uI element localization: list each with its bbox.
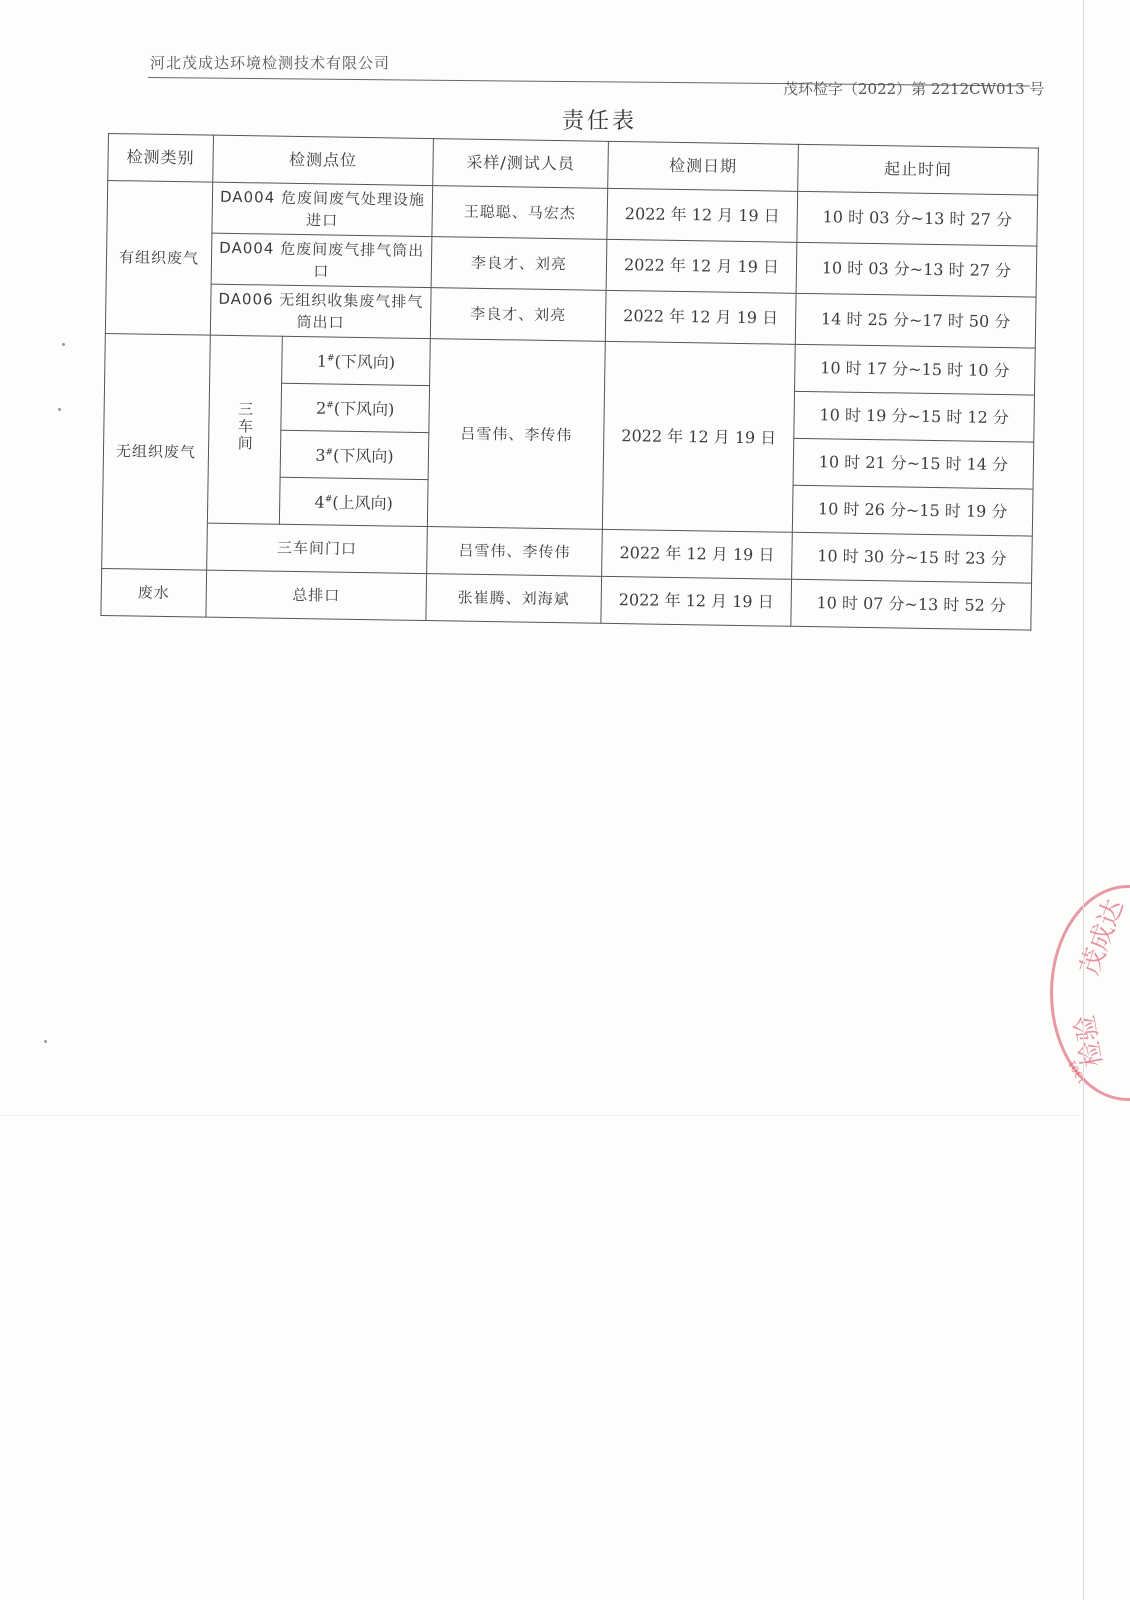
time-cell: 10 时 30 分~15 时 23 分	[792, 532, 1033, 583]
scan-artifact-line	[0, 1115, 1080, 1116]
date-cell: 2022 年 12 月 19 日	[605, 290, 796, 344]
location-cell: 总排口	[206, 570, 427, 620]
monitoring-point-cell: 1#(下风向)	[282, 336, 431, 385]
workshop-cell: 三车间	[207, 335, 282, 524]
personnel-cell: 吕雪伟、李传伟	[427, 527, 603, 577]
date-cell: 2022 年 12 月 19 日	[606, 239, 797, 293]
time-cell: 10 时 03 分~13 时 27 分	[796, 242, 1037, 297]
responsibility-table-container: 检测类别 检测点位 采样/测试人员 检测日期 起止时间 有组织废气 DA004 …	[100, 133, 1037, 631]
monitoring-point-cell: 2#(下风向)	[281, 383, 430, 432]
category-wastewater: 废水	[101, 568, 207, 617]
time-cell: 10 时 03 分~13 时 27 分	[797, 191, 1038, 246]
official-seal-stamp: 茂成达 检验 1301	[1050, 885, 1130, 1101]
column-header-category: 检测类别	[108, 134, 214, 183]
personnel-cell: 李良才、刘亮	[431, 237, 607, 291]
date-cell: 2022 年 12 月 19 日	[602, 529, 793, 579]
personnel-cell: 张崔腾、刘海斌	[426, 574, 602, 624]
category-unorganized-gas: 无组织废气	[102, 333, 211, 570]
date-cell: 2022 年 12 月 19 日	[601, 576, 792, 626]
date-cell: 2022 年 12 月 19 日	[607, 188, 798, 242]
location-cell: DA004 危废间废气排气筒出口	[211, 233, 432, 287]
monitoring-point-cell: 3#(下风向)	[280, 430, 429, 479]
time-cell: 10 时 21 分~15 时 14 分	[793, 438, 1034, 489]
column-header-time: 起止时间	[798, 144, 1039, 195]
column-header-location: 检测点位	[213, 135, 434, 185]
scan-speck	[44, 1040, 47, 1043]
location-cell: DA006 无组织收集废气排气筒出口	[210, 284, 431, 338]
company-name: 河北茂成达环境检测技术有限公司	[150, 52, 390, 73]
responsibility-table: 检测类别 检测点位 采样/测试人员 检测日期 起止时间 有组织废气 DA004 …	[100, 133, 1038, 631]
personnel-cell: 吕雪伟、李传伟	[427, 339, 605, 530]
personnel-cell: 王聪聪、马宏杰	[432, 186, 608, 240]
workshop-label: 三车间	[234, 401, 257, 452]
time-cell: 14 时 25 分~17 时 50 分	[795, 293, 1036, 348]
location-cell: 三车间门口	[207, 523, 428, 573]
date-cell: 2022 年 12 月 19 日	[602, 341, 795, 532]
personnel-cell: 李良才、刘亮	[430, 288, 606, 342]
column-header-personnel: 采样/测试人员	[433, 139, 609, 189]
time-cell: 10 时 07 分~13 时 52 分	[791, 579, 1032, 630]
document-title: 责任表	[562, 104, 637, 135]
scan-speck	[58, 408, 61, 411]
time-cell: 10 时 17 分~15 时 10 分	[795, 344, 1036, 395]
time-cell: 10 时 26 分~15 时 19 分	[792, 485, 1033, 536]
document-page: 河北茂成达环境检测技术有限公司 茂环检字（2022）第 2212CW013 号 …	[0, 0, 1130, 1600]
monitoring-point-cell: 4#(上风向)	[279, 477, 428, 526]
location-cell: DA004 危废间废气处理设施进口	[212, 182, 433, 236]
report-number: 茂环检字（2022）第 2212CW013 号	[783, 78, 1044, 99]
category-organized-gas: 有组织废气	[105, 181, 212, 336]
scan-speck	[62, 343, 65, 346]
column-header-date: 检测日期	[608, 141, 799, 191]
scan-edge	[1083, 0, 1084, 1600]
time-cell: 10 时 19 分~15 时 12 分	[794, 391, 1035, 442]
